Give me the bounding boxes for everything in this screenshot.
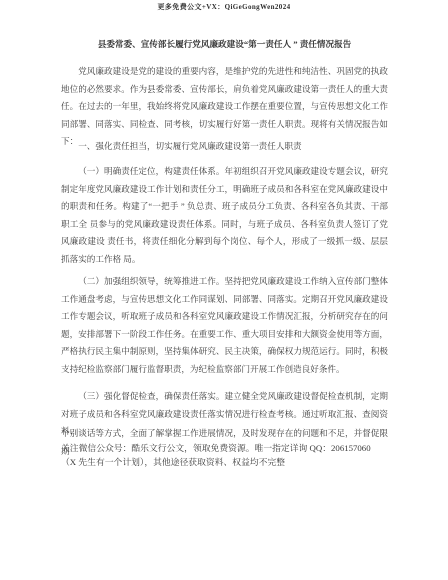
document-title: 县委常委、宣传部长履行党风廉政建设“第一责任人 ” 责任情况报告 bbox=[61, 37, 388, 51]
paragraph-item-1: （一）明确责任定位，构建责任体系。年初组织召开党风廉政建设专题会议，研究制定年度… bbox=[61, 163, 388, 268]
promo-footer-line-1: 关注微信公众号：酷乐文行公文，领取免费资源。唯一指定详询 QQ：20615706… bbox=[61, 442, 401, 455]
document-page: 更多免费公文+VX：QiGeGongWen2024 县委常委、宣传部长履行党风廉… bbox=[0, 0, 448, 580]
promo-footer-line-2: （X 先生有一个计划），其他途径获取资料、权益均不完整 bbox=[61, 456, 401, 469]
paragraph-item-2: （二）加强组织领导，统筹推进工作。坚持把党风廉政建设工作纳入宣传部门整体工作通盘… bbox=[61, 273, 388, 378]
section-heading-1: 一、强化责任担当，切实履行党风廉政建设第一责任人职责 bbox=[61, 138, 388, 156]
promo-header-note: 更多免费公文+VX：QiGeGongWen2024 bbox=[0, 2, 448, 12]
